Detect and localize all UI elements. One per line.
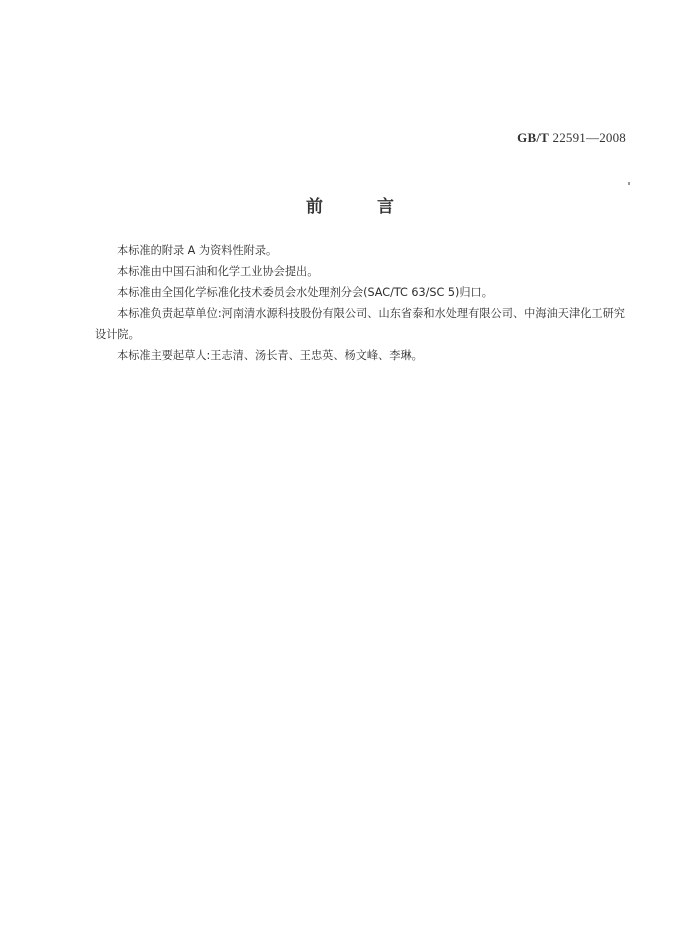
standard-number-header: GB/T 22591—2008 (517, 130, 626, 146)
paragraph-appendix: 本标准的附录 A 为资料性附录。 (95, 240, 625, 261)
standard-number: 22591—2008 (553, 130, 627, 145)
foreword-body: 本标准的附录 A 为资料性附录。 本标准由中国石油和化学工业协会提出。 本标准由… (95, 240, 625, 366)
paragraph-proposer: 本标准由中国石油和化学工业协会提出。 (95, 261, 625, 282)
standard-code: GB/T (517, 130, 549, 145)
scan-artifact (628, 182, 630, 185)
paragraph-committee: 本标准由全国化学标准化技术委员会水处理剂分会(SAC/TC 63/SC 5)归口… (95, 282, 625, 303)
paragraph-drafting-units: 本标准负责起草单位:河南清水源科技股份有限公司、山东省泰和水处理有限公司、中海油… (95, 303, 625, 345)
paragraph-drafters: 本标准主要起草人:王志清、汤长青、王忠英、杨文峰、李琳。 (95, 345, 625, 366)
page-title: 前 言 (0, 192, 700, 217)
